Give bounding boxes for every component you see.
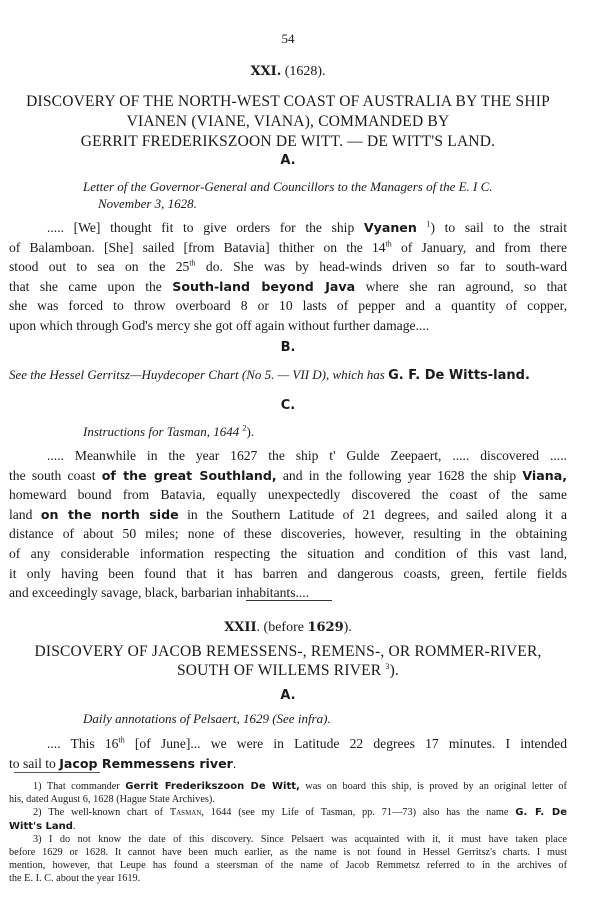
text-line: ..... Meanwhile in the year 1627 the shi…: [9, 446, 567, 466]
footnotes: 1) That commander Gerrit Frederikszoon D…: [9, 780, 567, 886]
footnote-3-cont: before 1629 or 1628. It cannot have been…: [9, 846, 567, 859]
subsection-letter-a: A.: [9, 688, 567, 703]
subsection-letter-c: C.: [9, 398, 567, 413]
section-heading-xxii: XXII. (before 1629).: [9, 620, 567, 636]
text-line: stood out to sea on the 25th do. She was…: [9, 257, 567, 277]
source-citation: Instructions for Tasman, 1644 2).: [83, 424, 254, 440]
footnote-divider: [14, 772, 100, 773]
footnote-1-cont: his, dated August 6, 1628 (Hague State A…: [9, 793, 567, 806]
paragraph-xxii-a: .... This 16th [of June]... we were in L…: [9, 734, 567, 773]
footnote-2: 2) The well-known chart of Tasman, 1644 …: [9, 806, 567, 819]
text-line: upon which through God's mercy she got o…: [9, 316, 567, 336]
footnote-2-cont: Witt's Land.: [9, 820, 567, 833]
subsection-letter-b: B.: [9, 340, 567, 355]
subsection-letter-a: A.: [9, 153, 567, 168]
text-line: that she came upon the South-land beyond…: [9, 277, 567, 297]
section-numeral: XXII: [224, 620, 256, 635]
text-line: homeward bound from Batavia, equally une…: [9, 485, 567, 505]
text-line: the south coast of the great Southland, …: [9, 466, 567, 486]
footnote-3-cont: the E. I. C. about the year 1619.: [9, 872, 567, 885]
ship-name: Vyanen: [364, 220, 417, 235]
section-title-line: DISCOVERY OF JACOB REMESSENS-, REMENS-, …: [9, 643, 567, 661]
text-line: it only having been found that it has ba…: [9, 564, 567, 584]
text-line: land on the north side in the Southern L…: [9, 505, 567, 525]
source-citation: Daily annotations of Pelsaert, 1629 (See…: [83, 711, 331, 727]
section-title-line: GERRIT FREDERIKSZOON DE WITT. — DE WITT'…: [9, 133, 567, 151]
section-title-line: SOUTH OF WILLEMS RIVER 3).: [9, 662, 567, 680]
source-citation: Letter of the Governor-General and Counc…: [83, 179, 493, 195]
text-line: to sail to Jacop Remmessens river.: [9, 754, 567, 774]
text-line: of Balamboan. [She] sailed [from Batavia…: [9, 238, 567, 258]
footnote-3: 3) I do not know the date of this discov…: [9, 833, 567, 846]
footnote-3-cont: mention, however, that Leupe has found a…: [9, 859, 567, 872]
source-date: November 3, 1628.: [98, 196, 197, 212]
page-number: 54: [9, 31, 567, 47]
paragraph-xxi-c: ..... Meanwhile in the year 1627 the shi…: [9, 446, 567, 603]
text-line: she was forced to throw overboard 8 or 1…: [9, 296, 567, 316]
text-line: ..... [We] thought fit to give orders fo…: [9, 218, 567, 238]
section-divider: [246, 600, 332, 601]
footnote-1: 1) That commander Gerrit Frederikszoon D…: [9, 780, 567, 793]
text-line: of any considerable information respecti…: [9, 544, 567, 564]
section-year: (1628).: [285, 64, 326, 79]
section-title-line: VIANEN (VIANE, VIANA), COMMANDED BY: [9, 113, 567, 131]
text-line: distance of about 50 miles; none of thes…: [9, 524, 567, 544]
section-title-line: DISCOVERY OF THE NORTH-WEST COAST OF AUS…: [9, 93, 567, 111]
chart-reference: See the Hessel Gerritsz—Huydecoper Chart…: [9, 367, 567, 383]
text-line: .... This 16th [of June]... we were in L…: [9, 734, 567, 754]
section-heading-xxi: XXI. (1628).: [9, 64, 567, 80]
paragraph-xxi-a: ..... [We] thought fit to give orders fo…: [9, 218, 567, 336]
section-numeral: XXI.: [250, 64, 281, 79]
